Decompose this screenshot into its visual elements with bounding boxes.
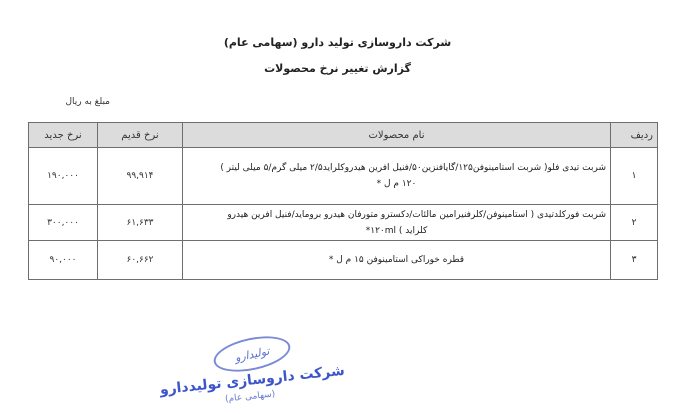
product-name: شربت فورکلدتیدی ( استامینوفن/کلرفنیرامین… — [183, 205, 611, 241]
column-header-new-price: نرخ جدید — [29, 123, 98, 148]
product-name-line2: ۱۲۰ م ل ‌* — [187, 176, 606, 192]
product-name-line1: شربت فورکلدتیدی ( استامینوفن/کلرفنیرامین… — [227, 210, 606, 220]
product-name: قطره خوراکی استامینوفن ۱۵ م ل * — [183, 241, 611, 280]
product-name-line1: شربت تیدی فلو( شربت استامینوفن۱۲۵/گایافن… — [220, 163, 606, 173]
logo-text: تولیدارو — [234, 344, 271, 364]
column-header-row-number: ردیف — [611, 123, 658, 148]
old-price: ۶۱,۶۳۳ — [98, 205, 183, 241]
row-number: ۳ — [611, 241, 658, 280]
report-title: گزارش تغییر نرخ محصولات — [0, 62, 675, 75]
currency-unit-note: مبلغ به ریال — [30, 97, 110, 107]
company-title: شرکت داروسازی تولید دارو (سهامی عام) — [0, 36, 675, 49]
stamp-company-type: (سهامی عام) — [225, 389, 276, 404]
row-number: ۲ — [611, 205, 658, 241]
new-price: ۹۰,۰۰۰ — [29, 241, 98, 280]
new-price: ۳۰۰,۰۰۰ — [29, 205, 98, 241]
product-name-line2: کلراید ) ۱۲۰ml* — [187, 223, 606, 239]
column-header-product-name: نام محصولات — [183, 123, 611, 148]
new-price: ۱۹۰,۰۰۰ — [29, 148, 98, 205]
product-name: شربت تیدی فلو( شربت استامینوفن۱۲۵/گایافن… — [183, 148, 611, 205]
table-row: ۲ شربت فورکلدتیدی ( استامینوفن/کلرفنیرام… — [29, 205, 658, 241]
old-price: ۹۹,۹۱۴ — [98, 148, 183, 205]
table-row: ۳ قطره خوراکی استامینوفن ۱۵ م ل * ۶۰,۶۶۲… — [29, 241, 658, 280]
column-header-old-price: نرخ قدیم — [98, 123, 183, 148]
old-price: ۶۰,۶۶۲ — [98, 241, 183, 280]
company-stamp: تولیدارو شرکت داروسازی تولیددارو (سهامی … — [205, 330, 405, 414]
table-header-row: ردیف نام محصولات نرخ قدیم نرخ جدید — [29, 123, 658, 148]
product-name-line1: قطره خوراکی استامینوفن ۱۵ م ل * — [329, 255, 464, 265]
price-change-table: ردیف نام محصولات نرخ قدیم نرخ جدید ۱ شرب… — [28, 122, 658, 280]
row-number: ۱ — [611, 148, 658, 205]
table-row: ۱ شربت تیدی فلو( شربت استامینوفن۱۲۵/گایا… — [29, 148, 658, 205]
